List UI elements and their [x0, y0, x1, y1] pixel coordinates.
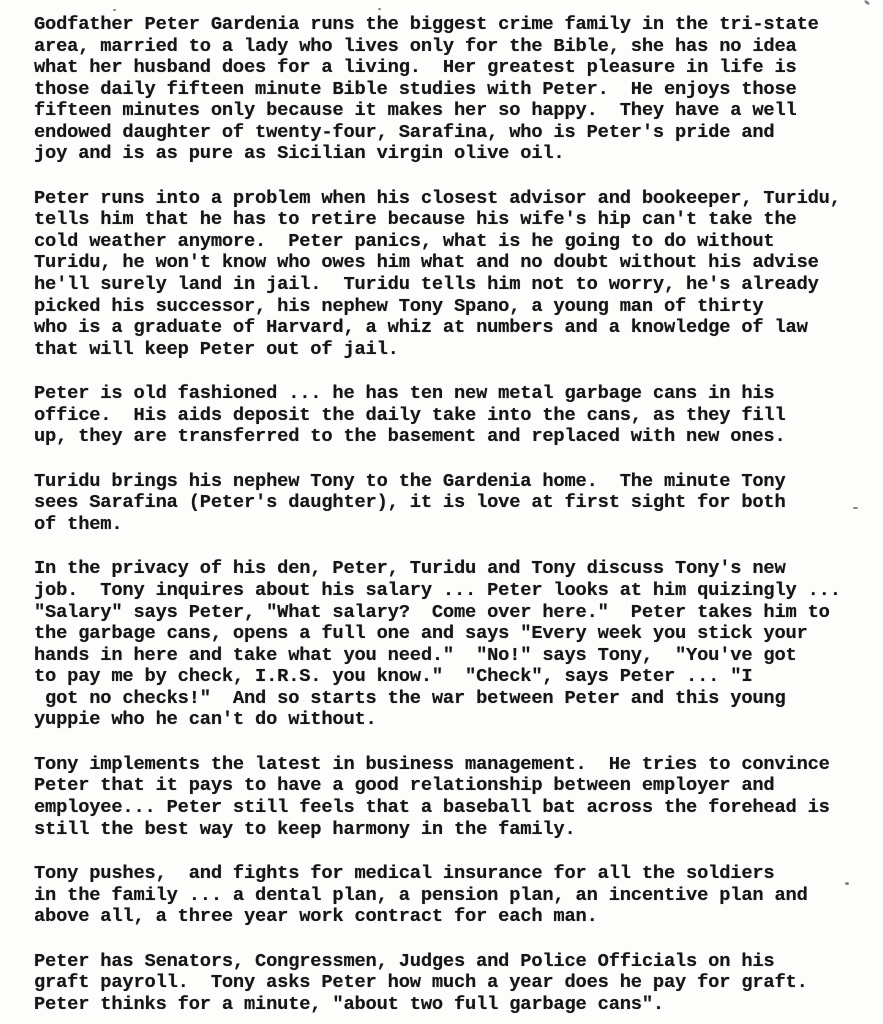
- text-line: got no checks!" And so starts the war be…: [34, 688, 883, 710]
- text-line: cold weather anymore. Peter panics, what…: [34, 231, 883, 253]
- paragraph-salary-discussion: In the privacy of his den, Peter, Turidu…: [34, 558, 883, 730]
- text-line: job. Tony inquires about his salary ... …: [34, 580, 883, 602]
- text-line: above all, a three year work contract fo…: [34, 906, 883, 928]
- text-line: Godfather Peter Gardenia runs the bigges…: [34, 14, 883, 36]
- text-line: sees Sarafina (Peter's daughter), it is …: [34, 492, 883, 514]
- paragraph-benefits: Tony pushes, and fights for medical insu…: [34, 863, 883, 928]
- text-line: Turidu, he won't know who owes him what …: [34, 252, 883, 274]
- text-line: of them.: [34, 514, 883, 536]
- text-line: picked his successor, his nephew Tony Sp…: [34, 296, 883, 318]
- text-line: Tony implements the latest in business m…: [34, 754, 883, 776]
- text-line: the garbage cans, opens a full one and s…: [34, 623, 883, 645]
- text-line: Turidu brings his nephew Tony to the Gar…: [34, 471, 883, 493]
- paragraph-love-at-first-sight: Turidu brings his nephew Tony to the Gar…: [34, 471, 883, 536]
- text-line: office. His aids deposit the daily take …: [34, 405, 883, 427]
- paragraph-business-management: Tony implements the latest in business m…: [34, 754, 883, 840]
- text-line: up, they are transferred to the basement…: [34, 426, 883, 448]
- document-page: Godfather Peter Gardenia runs the bigges…: [0, 0, 883, 1024]
- text-line: In the privacy of his den, Peter, Turidu…: [34, 558, 883, 580]
- text-line: fifteen minutes only because it makes he…: [34, 100, 883, 122]
- text-line: endowed daughter of twenty-four, Sarafin…: [34, 122, 883, 144]
- text-line: that will keep Peter out of jail.: [34, 339, 883, 361]
- scan-speck: [258, 417, 261, 420]
- paragraph-graft-payroll: Peter has Senators, Congressmen, Judges …: [34, 951, 883, 1016]
- paragraph-turidu-retires: Peter runs into a problem when his close…: [34, 188, 883, 360]
- text-line: employee... Peter still feels that a bas…: [34, 797, 883, 819]
- text-line: who is a graduate of Harvard, a whiz at …: [34, 317, 883, 339]
- text-line: Peter has Senators, Congressmen, Judges …: [34, 951, 883, 973]
- text-line: Peter that it pays to have a good relati…: [34, 775, 883, 797]
- scan-speck: [845, 882, 849, 885]
- text-line: Peter thinks for a minute, "about two fu…: [34, 994, 883, 1016]
- text-line: area, married to a lady who lives only f…: [34, 36, 883, 58]
- scan-speck: [853, 507, 858, 509]
- text-line: joy and is as pure as Sicilian virgin ol…: [34, 143, 883, 165]
- text-line: hands in here and take what you need." "…: [34, 645, 883, 667]
- text-line: "Salary" says Peter, "What salary? Come …: [34, 602, 883, 624]
- text-line: Peter runs into a problem when his close…: [34, 188, 883, 210]
- text-line: to pay me by check, I.R.S. you know." "C…: [34, 666, 883, 688]
- text-line: still the best way to keep harmony in th…: [34, 819, 883, 841]
- text-line: tells him that he has to retire because …: [34, 209, 883, 231]
- scan-speck: [864, 0, 871, 6]
- text-line: those daily fifteen minute Bible studies…: [34, 79, 883, 101]
- text-line: graft payroll. Tony asks Peter how much …: [34, 972, 883, 994]
- text-line: Tony pushes, and fights for medical insu…: [34, 863, 883, 885]
- scan-speck: [378, 8, 381, 10]
- text-line: what her husband does for a living. Her …: [34, 57, 883, 79]
- paragraph-intro-family: Godfather Peter Gardenia runs the bigges…: [34, 14, 883, 165]
- scan-speck: [113, 9, 116, 11]
- text-line: yuppie who he can't do without.: [34, 709, 883, 731]
- text-line: he'll surely land in jail. Turidu tells …: [34, 274, 883, 296]
- text-line: in the family ... a dental plan, a pensi…: [34, 885, 883, 907]
- paragraph-garbage-cans: Peter is old fashioned ... he has ten ne…: [34, 383, 883, 448]
- text-line: Peter is old fashioned ... he has ten ne…: [34, 383, 883, 405]
